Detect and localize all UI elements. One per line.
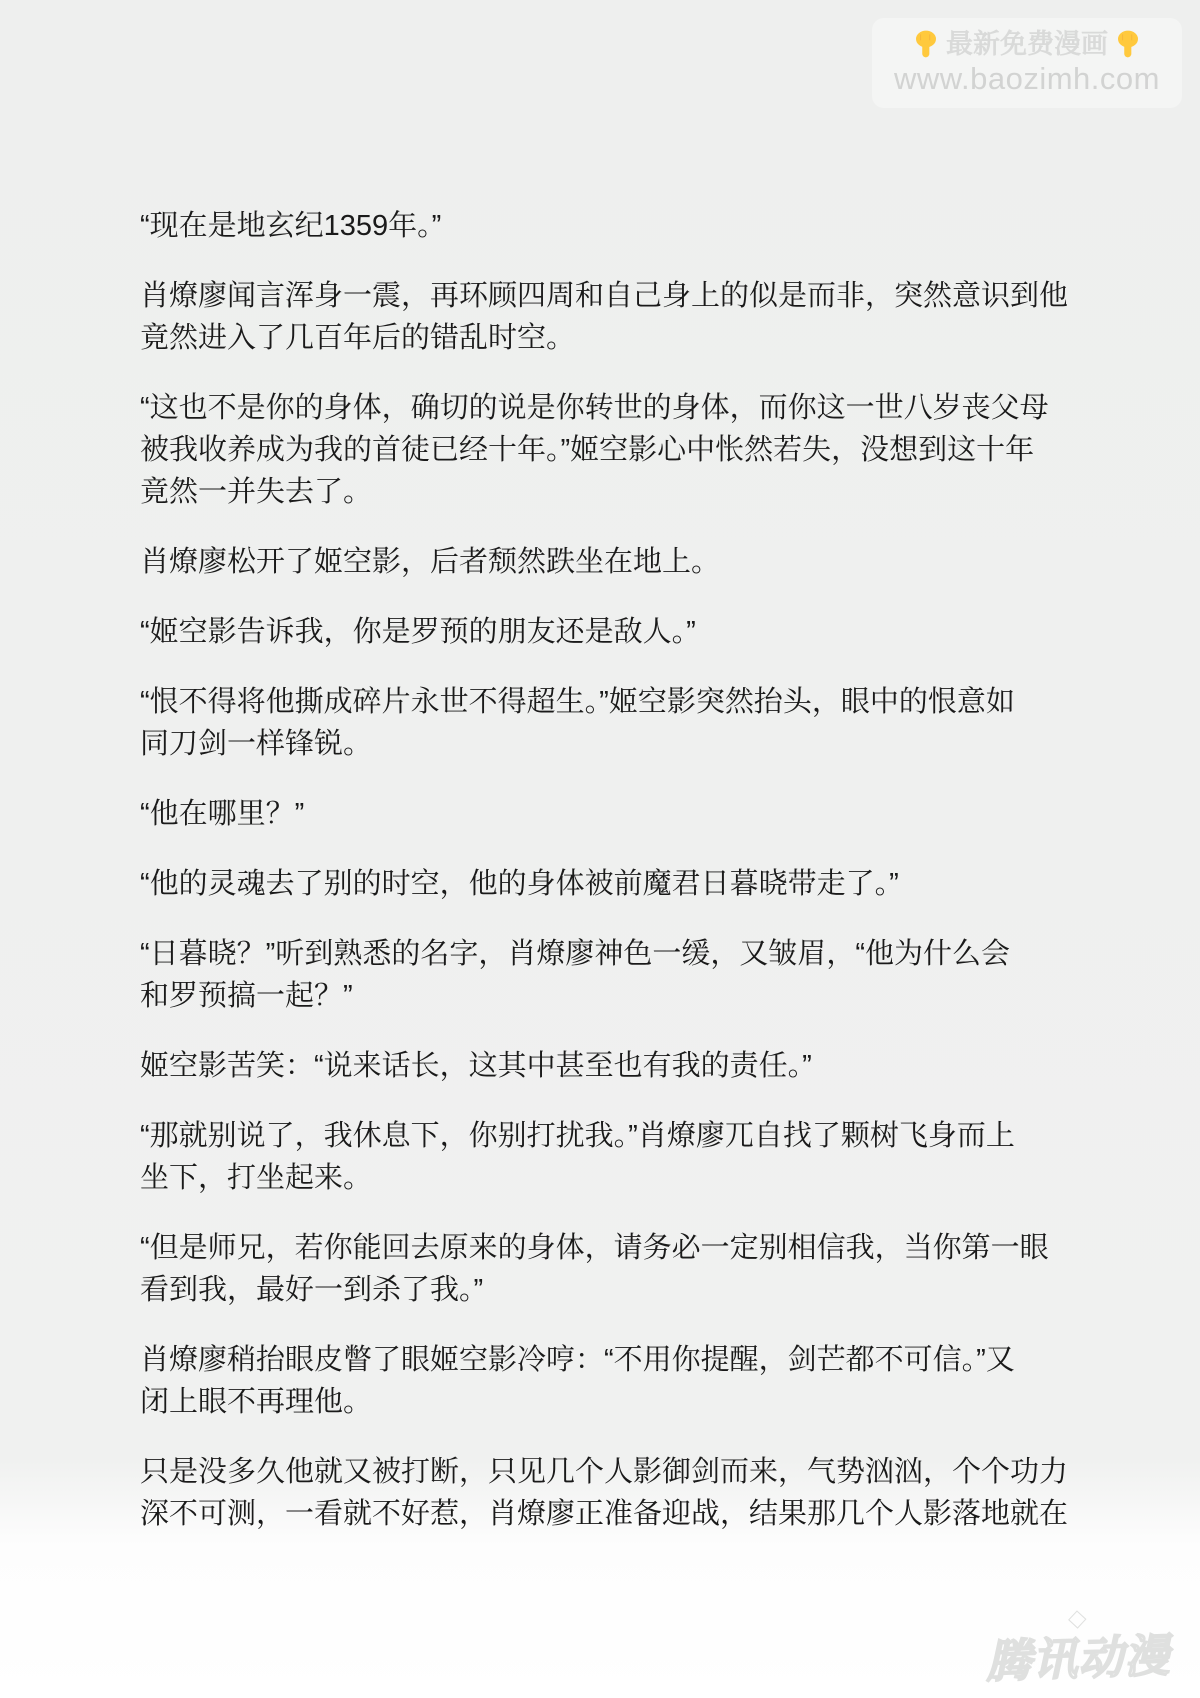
novel-paragraph: “这也不是你的身体，确切的说是你转世的身体，而你这一世八岁丧父母 被我收养成为我… — [140, 387, 1080, 513]
novel-paragraph: 肖燎廖稍抬眼皮瞥了眼姬空影冷哼：“不用你提醒，剑芒都不可信。”又 闭上眼不再理他… — [140, 1339, 1080, 1423]
novel-paragraph: “现在是地玄纪1359年。” — [140, 205, 1080, 247]
tencent-comics-logo: 腾讯动漫 — [985, 1619, 1171, 1690]
watermark-title: 最新免费漫画 — [946, 31, 1108, 58]
watermark-headline: 最新免费漫画 — [911, 29, 1143, 59]
novel-paragraph: “他的灵魂去了别的时空，他的身体被前魔君日暮晓带走了。” — [140, 863, 1080, 905]
novel-text-block: “现在是地玄纪1359年。” 肖燎廖闻言浑身一震，再环顾四周和自己身上的似是而非… — [140, 205, 1080, 1563]
point-down-icon — [1113, 29, 1143, 59]
novel-paragraph: 肖燎廖闻言浑身一震，再环顾四周和自己身上的似是而非，突然意识到他 竟然进入了几百… — [140, 275, 1080, 359]
comic-page: 最新免费漫画 www.baozimh.com “现在是地玄纪1359年。” 肖燎… — [0, 0, 1200, 1698]
point-down-icon — [911, 29, 941, 59]
novel-paragraph: “但是师兄，若你能回去原来的身体，请务必一定别相信我，当你第一眼 看到我，最好一… — [140, 1227, 1080, 1311]
novel-paragraph: “日暮晓？”听到熟悉的名字，肖燎廖神色一缓，又皱眉，“他为什么会 和罗预搞一起？… — [140, 933, 1080, 1017]
novel-paragraph: “那就别说了，我休息下，你别打扰我。”肖燎廖兀自找了颗树飞身而上 坐下，打坐起来… — [140, 1115, 1080, 1199]
logo-cap-icon — [1068, 1610, 1086, 1628]
site-watermark: 最新免费漫画 www.baozimh.com — [872, 18, 1182, 108]
novel-paragraph: “恨不得将他撕成碎片永世不得超生。”姬空影突然抬头，眼中的恨意如 同刀剑一样锋锐… — [140, 681, 1080, 765]
novel-paragraph: “他在哪里？” — [140, 793, 1080, 835]
novel-paragraph: 肖燎廖松开了姬空影，后者颓然跌坐在地上。 — [140, 541, 1080, 583]
watermark-url: www.baozimh.com — [894, 61, 1160, 97]
novel-paragraph: 姬空影苦笑：“说来话长，这其中甚至也有我的责任。” — [140, 1045, 1080, 1087]
novel-paragraph: 只是没多久他就又被打断，只见几个人影御剑而来，气势汹汹，个个功力 深不可测，一看… — [140, 1451, 1080, 1535]
logo-label: 腾讯动漫 — [985, 1630, 1171, 1687]
novel-paragraph: “姬空影告诉我，你是罗预的朋友还是敌人。” — [140, 611, 1080, 653]
